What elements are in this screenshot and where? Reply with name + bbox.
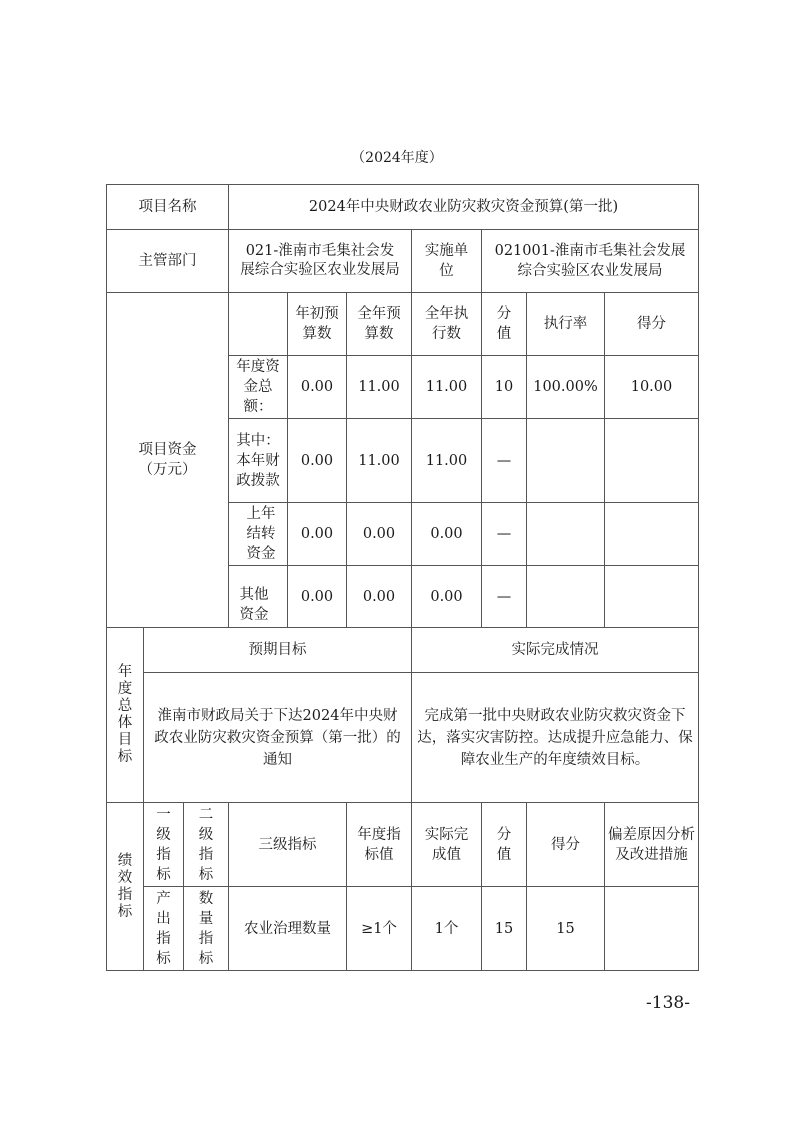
funds-cell-weight: 10 (481, 355, 527, 419)
goals-expected-text: 淮南市财政局关于下达2024年中央财政农业防灾救灾资金预算（第一批）的通知 (143, 672, 412, 803)
perf-cell-actual: 1个 (411, 886, 482, 971)
funds-header-blank (228, 292, 288, 356)
funds-cell-rate (526, 502, 605, 566)
project-name-label: 项目名称 (106, 184, 229, 230)
funds-cell-annual: 11.00 (346, 418, 412, 503)
perf-header-weight: 分值 (481, 802, 527, 887)
funds-cell-rate: 100.00% (526, 355, 605, 419)
funds-cell-annual: 0.00 (346, 565, 412, 628)
funds-cell-initial: 0.00 (287, 502, 347, 566)
perf-header-score: 得分 (526, 802, 605, 887)
impl-value: 021001-淮南市毛集社会发展综合实验区农业发展局 (481, 229, 699, 293)
perf-header-level2: 二级指标 (183, 802, 229, 887)
perf-header-target: 年度指标值 (346, 802, 412, 887)
funds-cell-initial: 0.00 (287, 355, 347, 419)
goals-actual-header: 实际完成情况 (411, 627, 699, 673)
funds-cell-executed: 11.00 (411, 418, 482, 503)
funds-cell-rate (526, 565, 605, 628)
performance-section-label: 绩效指标 (106, 802, 144, 971)
funds-cell-weight: — (481, 418, 527, 503)
funds-cell-executed: 11.00 (411, 355, 482, 419)
funds-row-label: 其中：本年财政拨款 (228, 418, 288, 503)
funds-cell-score (604, 565, 699, 628)
project-name-value: 2024年中央财政农业防灾救灾资金预算(第一批) (228, 184, 699, 230)
funds-section-label: 项目资金（万元） (106, 292, 229, 628)
report-year-subtitle: （2024年度） (0, 147, 794, 167)
funds-header-initial: 年初预算数 (287, 292, 347, 356)
goals-expected-header: 预期目标 (143, 627, 412, 673)
perf-header-deviation: 偏差原因分析及改进措施 (604, 802, 699, 887)
funds-row-label: 上年结转资金 (228, 502, 288, 566)
funds-header-annual: 全年预算数 (346, 292, 412, 356)
funds-cell-weight: — (481, 565, 527, 628)
perf-cell-level1: 产出指标 (143, 886, 184, 971)
perf-header-level3: 三级指标 (228, 802, 347, 887)
perf-header-level1: 一级指标 (143, 802, 184, 887)
funds-cell-rate (526, 418, 605, 503)
funds-cell-weight: — (481, 502, 527, 566)
perf-cell-target: ≥1个 (346, 886, 412, 971)
perf-cell-level3: 农业治理数量 (228, 886, 347, 971)
funds-cell-initial: 0.00 (287, 565, 347, 628)
perf-cell-score: 15 (526, 886, 605, 971)
funds-header-weight: 分值 (481, 292, 527, 356)
funds-header-executed: 全年执行数 (411, 292, 482, 356)
funds-header-rate: 执行率 (526, 292, 605, 356)
funds-cell-score: 10.00 (604, 355, 699, 419)
funds-cell-executed: 0.00 (411, 502, 482, 566)
impl-label: 实施单位 (411, 229, 482, 293)
perf-cell-deviation (604, 886, 699, 971)
funds-header-score: 得分 (604, 292, 699, 356)
funds-cell-initial: 0.00 (287, 418, 347, 503)
funds-cell-annual: 0.00 (346, 502, 412, 566)
dept-value: 021-淮南市毛集社会发展综合实验区农业发展局 (228, 229, 412, 293)
page-number: -138- (630, 993, 706, 1013)
funds-row-label: 其他资金 (228, 565, 288, 628)
perf-cell-weight: 15 (481, 886, 527, 971)
perf-cell-level2: 数量指标 (183, 886, 229, 971)
perf-header-actual: 实际完成值 (411, 802, 482, 887)
goals-section-label: 年度总体目标 (106, 627, 144, 803)
funds-cell-annual: 11.00 (346, 355, 412, 419)
funds-cell-executed: 0.00 (411, 565, 482, 628)
funds-row-label: 年度资金总额： (228, 355, 288, 419)
goals-actual-text: 完成第一批中央财政农业防灾救灾资金下达，落实灾害防控。达成提升应急能力、保障农业… (411, 672, 699, 803)
funds-cell-score (604, 418, 699, 503)
dept-label: 主管部门 (106, 229, 229, 293)
funds-cell-score (604, 502, 699, 566)
